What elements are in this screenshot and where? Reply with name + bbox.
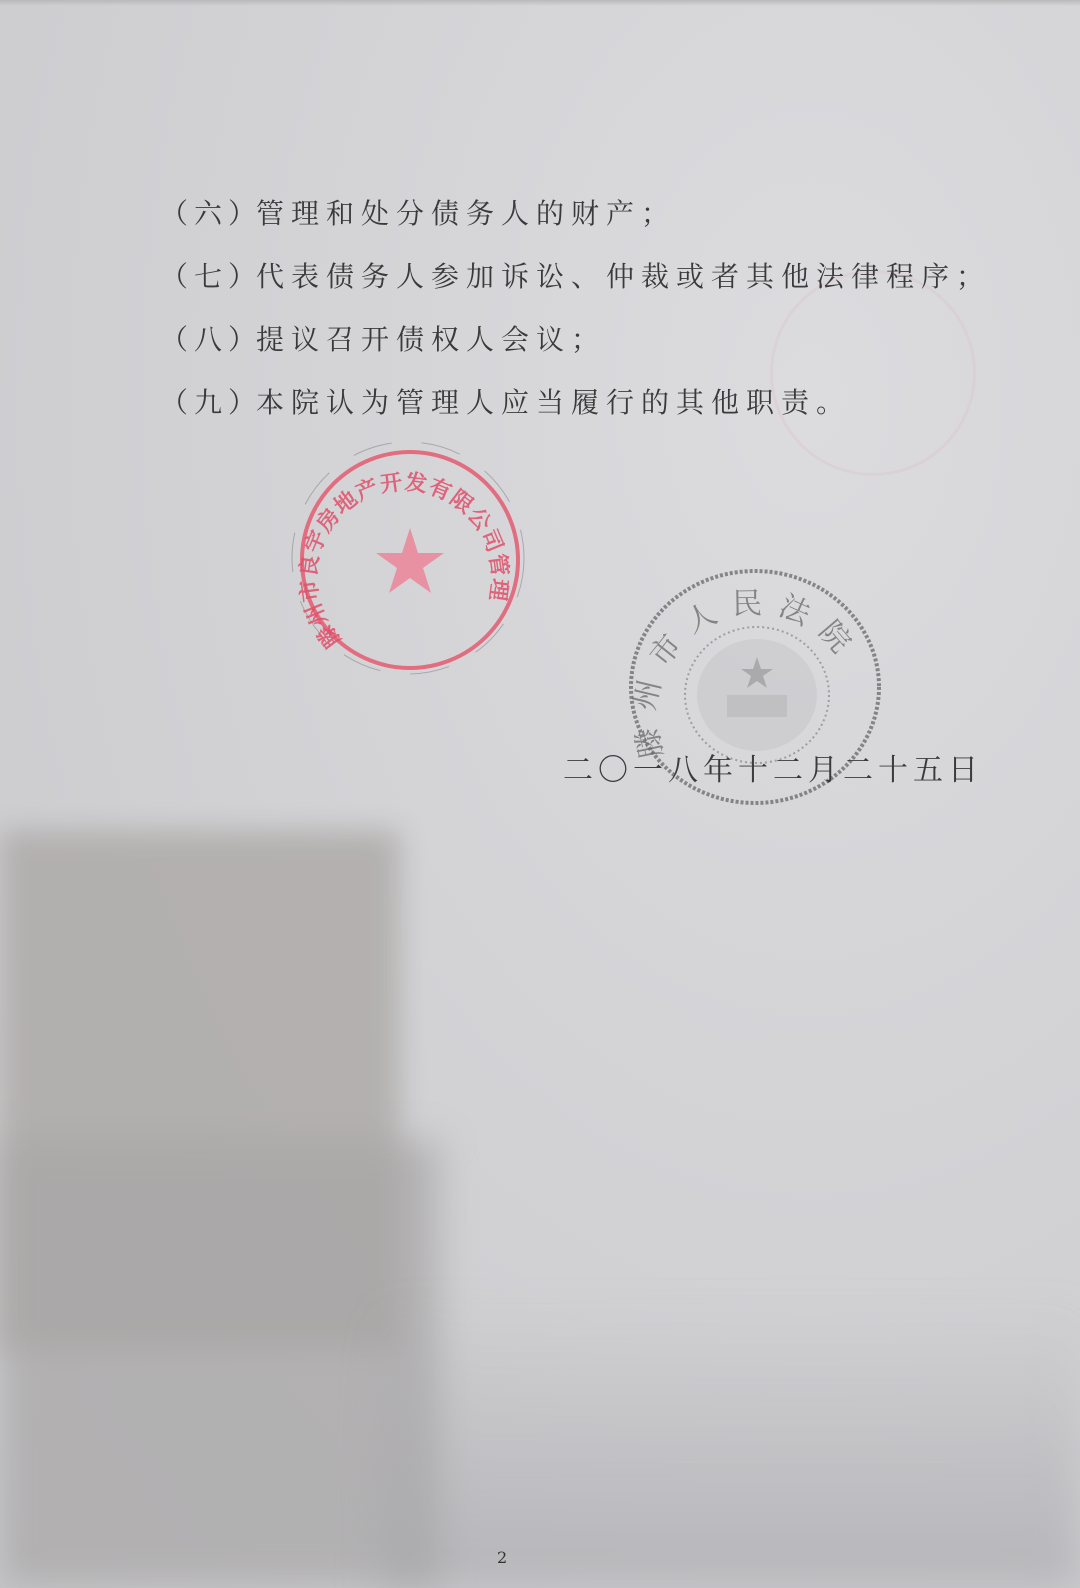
list-item: （九） 本院认为管理人应当履行的其他职责。	[160, 381, 991, 444]
document-page: （六） 管理和处分债务人的财产； （七） 代表债务人参加诉讼、仲裁或者其他法律程…	[0, 0, 1080, 1588]
hand-shadow-lower	[0, 1140, 440, 1588]
document-date: 二〇一八年十二月二十五日	[563, 745, 983, 789]
item-text: 代表债务人参加诉讼、仲裁或者其他法律程序；	[256, 255, 991, 295]
item-text: 管理和处分债务人的财产；	[256, 192, 676, 232]
item-number: （八）	[160, 318, 256, 358]
list-item: （六） 管理和处分债务人的财产；	[160, 192, 991, 255]
list-item: （七） 代表债务人参加诉讼、仲裁或者其他法律程序；	[160, 255, 991, 318]
seal-text: 滕州市良宇房地产开发有限公司管理人	[290, 440, 513, 652]
page-top-edge	[0, 0, 1080, 6]
list-item: （八） 提议召开债权人会议；	[160, 318, 991, 381]
administrator-seal: 滕州市良宇房地产开发有限公司管理人	[290, 440, 530, 680]
page-number: 2	[497, 1548, 507, 1567]
item-number: （六）	[160, 192, 256, 232]
item-number: （九）	[160, 381, 256, 421]
item-number: （七）	[160, 255, 256, 295]
bottom-shading	[380, 1300, 1080, 1588]
item-text: 本院认为管理人应当履行的其他职责。	[256, 381, 851, 421]
duties-list: （六） 管理和处分债务人的财产； （七） 代表债务人参加诉讼、仲裁或者其他法律程…	[160, 192, 991, 444]
national-emblem-icon	[685, 627, 829, 763]
star-icon	[376, 528, 444, 593]
item-text: 提议召开债权人会议；	[256, 318, 606, 358]
